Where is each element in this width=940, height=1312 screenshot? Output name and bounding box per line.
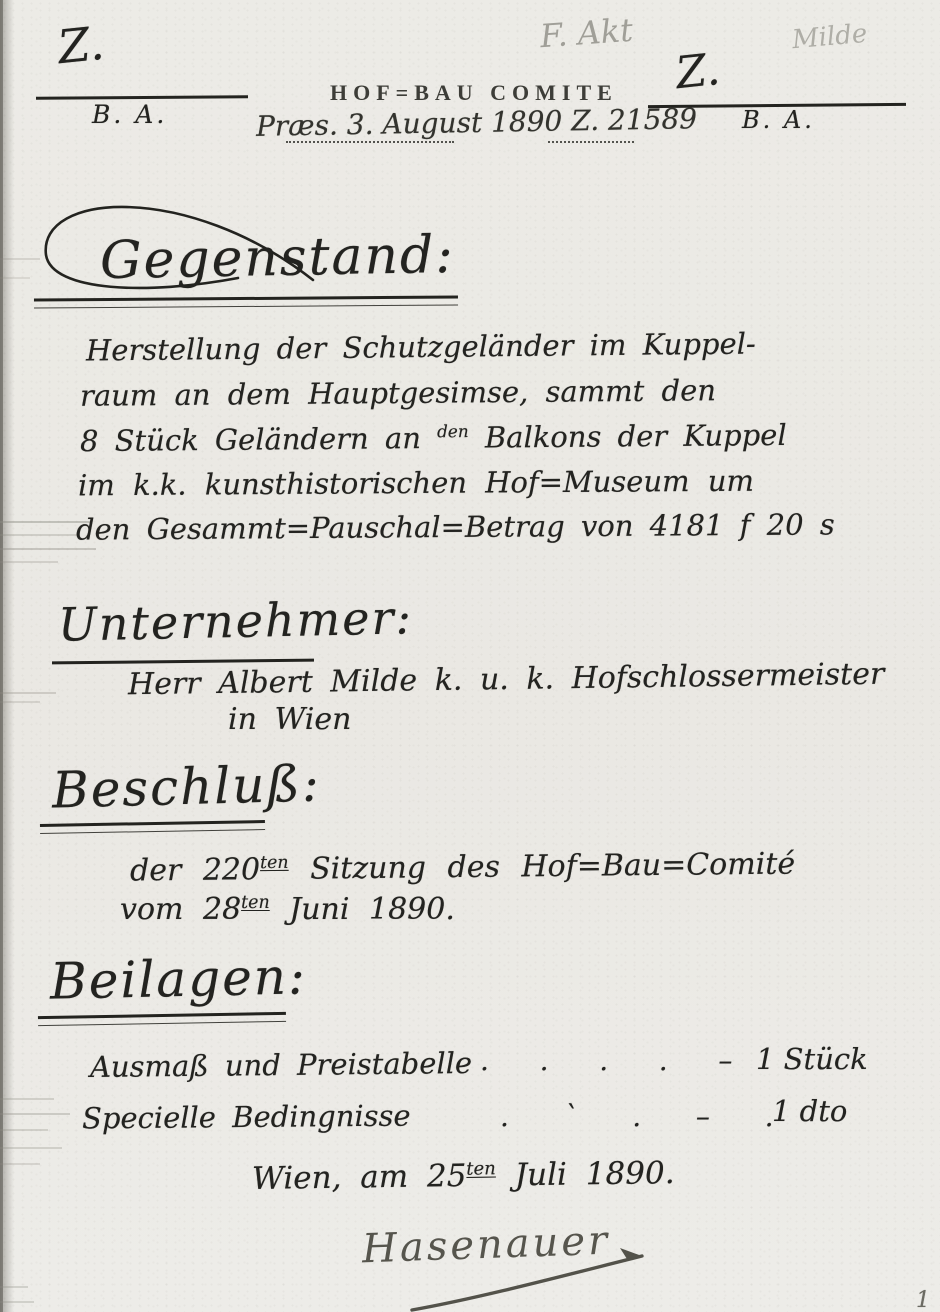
registry-right-label: B. A.: [742, 106, 815, 134]
dateline-pre: Wien, am 25: [252, 1158, 467, 1197]
gegenstand-line3-post: Balkons der Kuppel: [485, 418, 787, 455]
attachment-dot-leader: . . . . –: [480, 1044, 738, 1077]
scan-streak: [0, 1286, 28, 1288]
scan-streak: [0, 692, 56, 694]
pencil-note-right: Milde: [791, 19, 869, 55]
scanned-document-page: Z. B. A. F. Akt Milde Z. B. A. HOF=BAU C…: [0, 0, 940, 1312]
beschluss-line1-post: Sitzung des Hof=Bau=Comité: [288, 847, 795, 887]
scan-streak: [0, 701, 40, 703]
heading-underline-beilagen: [38, 1012, 286, 1026]
registry-left-number: Z.: [55, 16, 106, 74]
scan-streak: [0, 561, 58, 563]
dateline-ordinal: ten: [466, 1158, 496, 1179]
dateline: Wien, am 25ten Juli 1890.: [252, 1155, 675, 1197]
page-mark: 1: [916, 1288, 930, 1312]
scan-streak: [0, 548, 96, 550]
gegenstand-line: den Gesammt=Pauschal=Betrag von 4181 f 2…: [76, 507, 835, 546]
gegenstand-line: Herstellung der Schutzgeländer im Kuppel…: [86, 326, 756, 367]
gegenstand-line: im k.k. kunsthistorischen Hof=Museum um: [78, 464, 754, 503]
pencil-note-center: F. Akt: [539, 11, 634, 55]
section-heading-unternehmer: Unternehmer:: [57, 590, 413, 651]
received-stamp-dotted-rule: [286, 141, 454, 143]
gegenstand-line: 8 Stück Geländern an den Balkons der Kup…: [80, 418, 787, 458]
scan-streak: [0, 1113, 70, 1115]
scan-streak: [0, 277, 30, 279]
beschluss-line2-pre: vom 28: [120, 892, 241, 927]
attachment-quantity: 1 dto: [772, 1094, 847, 1128]
registry-right-number: Z.: [673, 44, 722, 99]
office-stamp-title: HOF=BAU COMITE: [330, 80, 618, 106]
beschluss-line1-pre: der 220: [130, 852, 260, 888]
beschluss-line2-ordinal: ten: [241, 893, 269, 913]
registry-left-label: B. A.: [92, 100, 167, 129]
beschluss-line: der 220ten Sitzung des Hof=Bau=Comité: [130, 847, 795, 889]
attachment-dot-leader: . ` . – .: [500, 1100, 781, 1133]
scan-streak: [0, 1098, 54, 1100]
dateline-post: Juli 1890.: [496, 1155, 675, 1193]
beschluss-line2-post: Juni 1890.: [270, 892, 455, 927]
unternehmer-line: in Wien: [228, 702, 351, 737]
gegenstand-line3-pre: 8 Stück Geländern an: [80, 421, 421, 458]
section-heading-gegenstand: Gegenstand:: [100, 225, 456, 291]
heading-underline-beschluss: [40, 820, 265, 834]
scan-streak: [0, 534, 78, 536]
unternehmer-line: Herr Albert Milde k. u. k. Hofschlosserm…: [128, 657, 885, 703]
received-stamp-dotted-rule: [548, 141, 634, 143]
scan-streak: [0, 1163, 40, 1165]
scan-streak: [0, 1301, 34, 1303]
scan-streak: [0, 1147, 62, 1149]
gegenstand-line3-insertion: den: [437, 421, 469, 441]
attachment-label: Ausmaß und Preistabelle: [90, 1046, 472, 1084]
signature-flourish: [380, 1238, 680, 1312]
scan-streak: [0, 1129, 48, 1131]
beschluss-line: vom 28ten Juni 1890.: [120, 892, 455, 927]
received-stamp-line: Præs. 3. August 1890 Z. 21589: [256, 102, 698, 143]
heading-underline-unternehmer: [52, 659, 314, 665]
section-heading-beschluss: Beschluß:: [51, 754, 321, 819]
attachment-label: Specielle Bedingnisse: [82, 1099, 411, 1136]
scan-edge-line-left: [0, 0, 3, 1312]
section-heading-beilagen: Beilagen:: [49, 947, 307, 1010]
registry-left-rule: [36, 95, 248, 99]
gegenstand-line: raum an dem Hauptgesimse, sammt den: [80, 373, 716, 413]
beschluss-line1-ordinal: ten: [260, 853, 289, 873]
heading-underline-gegenstand: [34, 296, 458, 309]
attachment-quantity: 1 Stück: [756, 1042, 868, 1076]
